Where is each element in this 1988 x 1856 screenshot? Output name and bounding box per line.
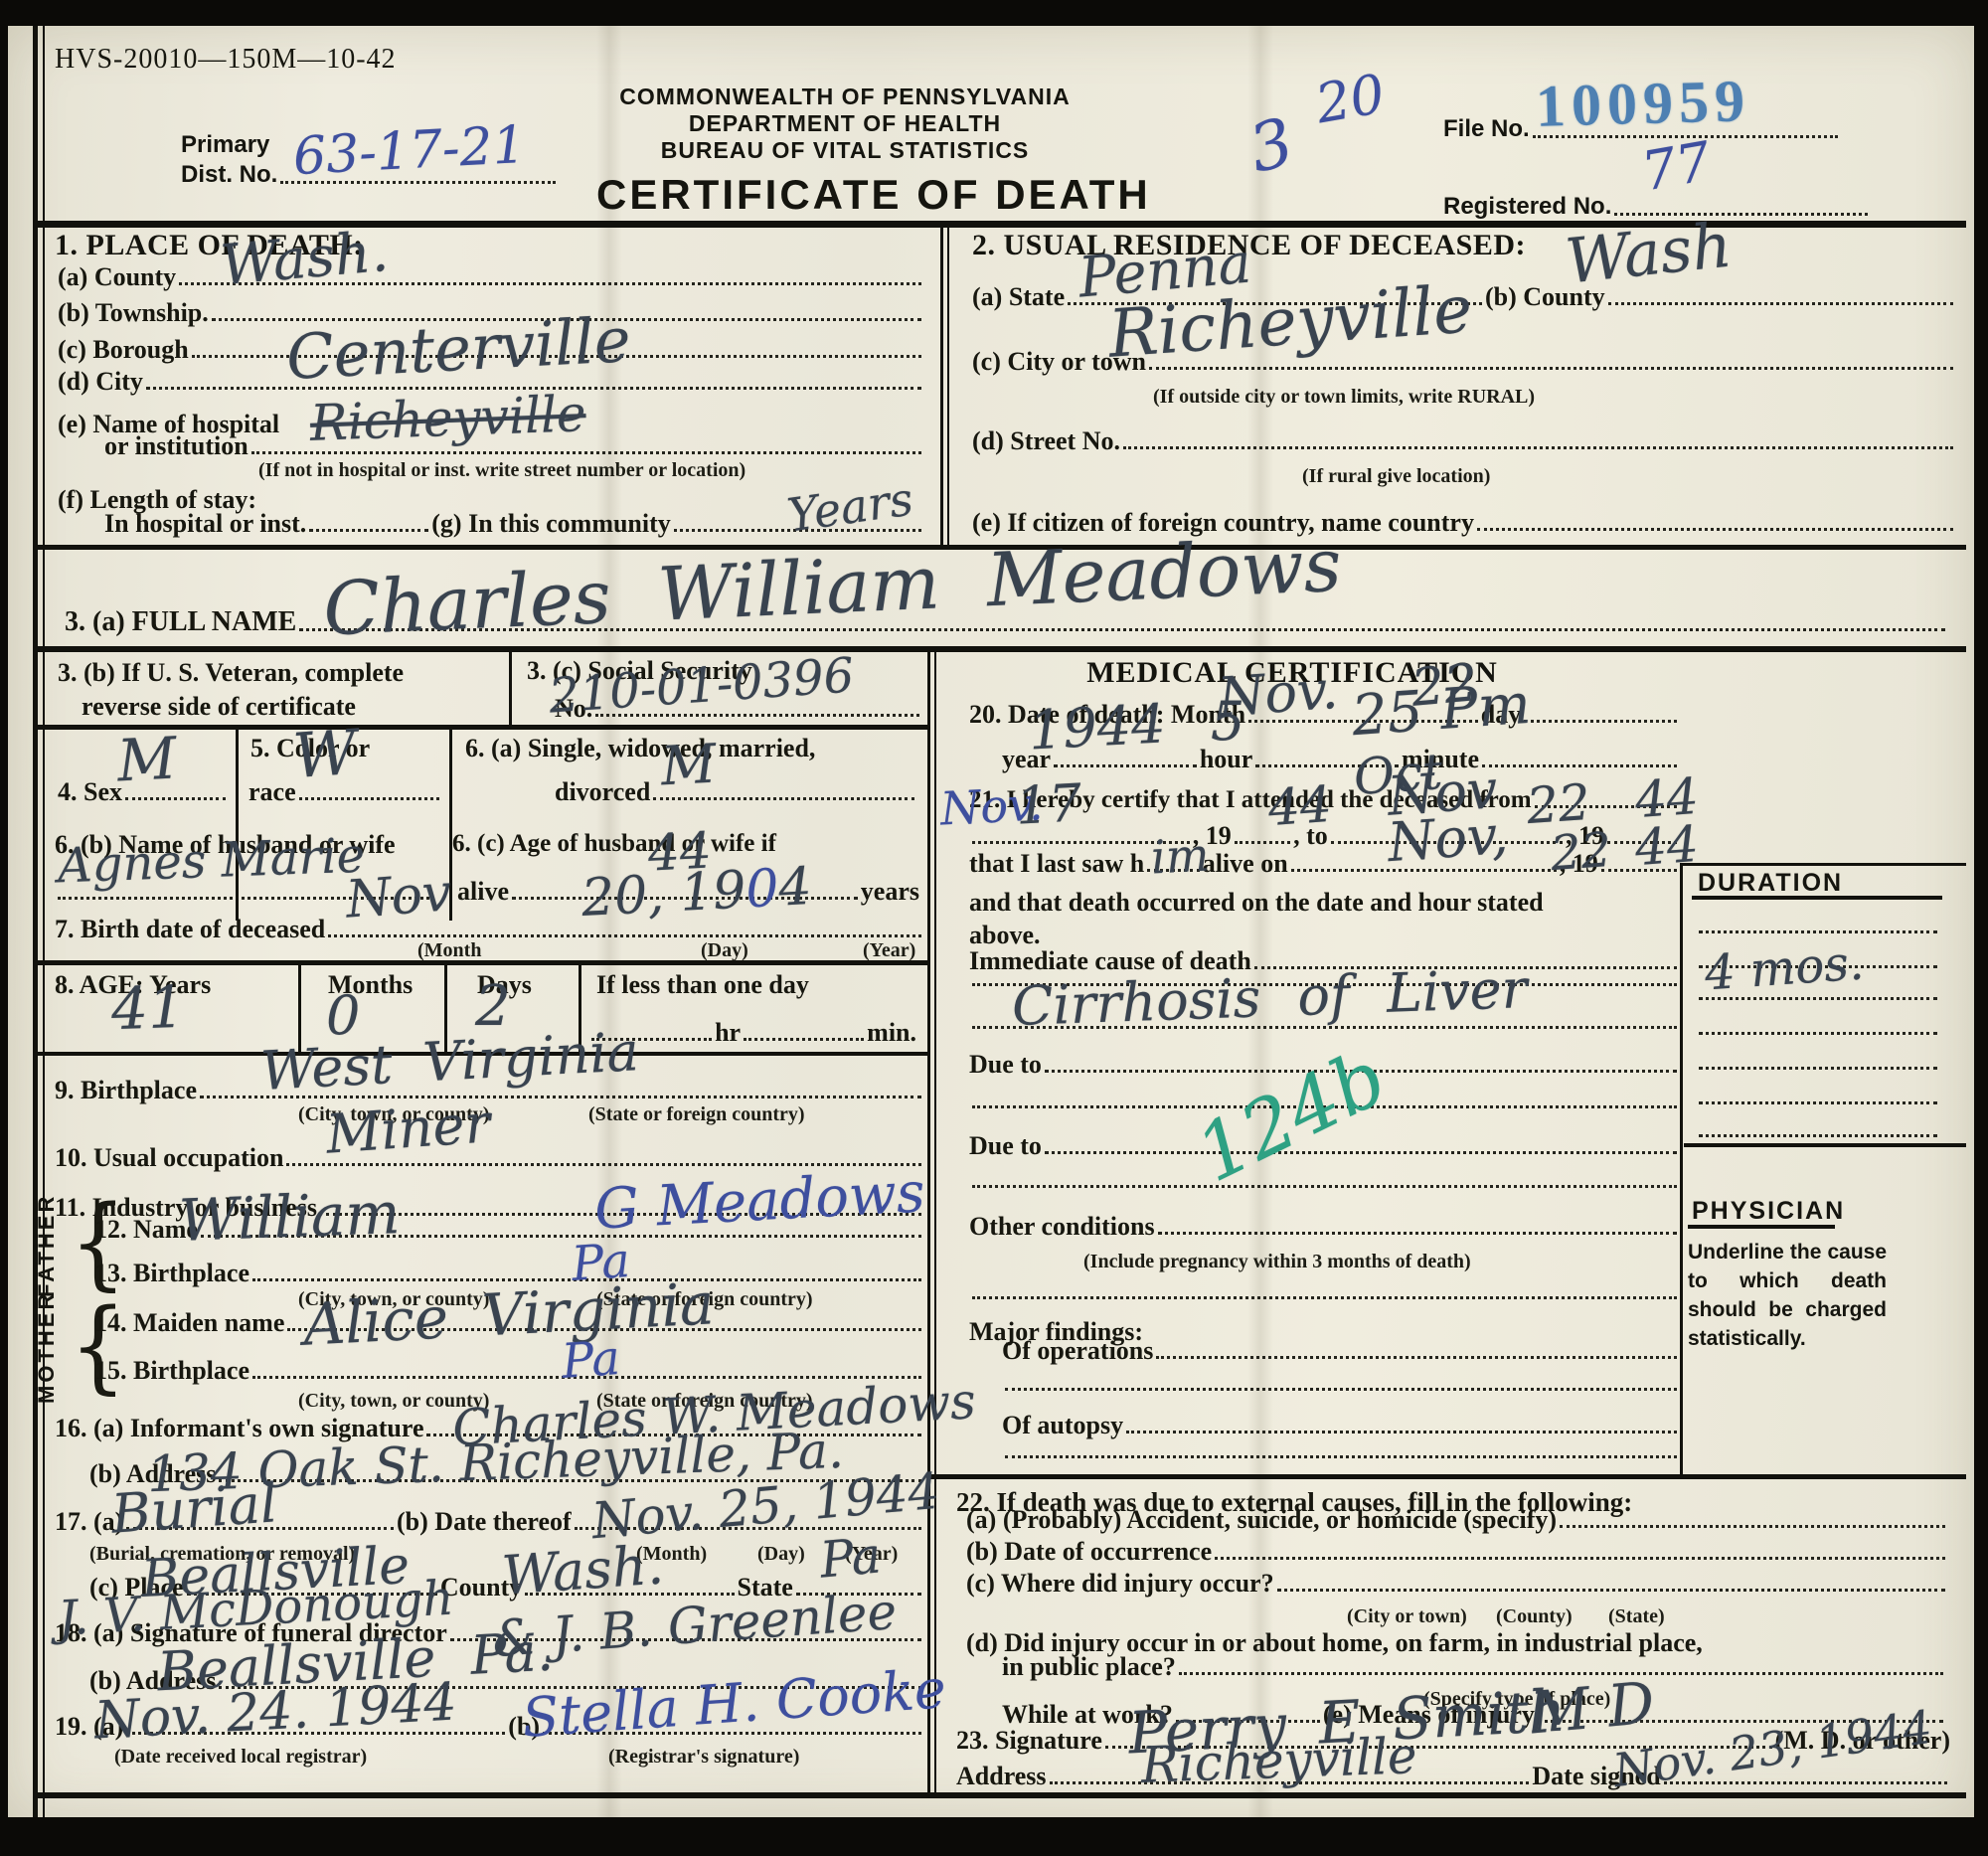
due-fill-line-2 <box>972 1184 1677 1188</box>
place-stay-line <box>309 528 428 532</box>
other-fill-line <box>972 1295 1677 1299</box>
dod-minute-line <box>1482 763 1677 767</box>
external-a-line <box>1560 1524 1945 1528</box>
spouse-age-alive-label: alive <box>457 878 509 905</box>
scribble-20: 20 <box>1311 63 1390 136</box>
duration-box-bottom <box>1684 1143 1966 1147</box>
mother-birthplace-value: Pa <box>560 1330 622 1390</box>
place-township-label: (b) Township. <box>58 299 209 326</box>
external-c-label: (c) Where did injury occur? <box>966 1570 1274 1597</box>
spouse-age-label: 6. (c) Age of husband or wife if <box>452 830 776 858</box>
residence-city-caption: (If outside city or town limits, write R… <box>1153 386 1535 409</box>
other-conditions-line <box>1158 1231 1677 1235</box>
marital-value: M <box>659 733 718 798</box>
sidebar-divider <box>1680 863 1683 1474</box>
autopsy-label: Of autopsy <box>1002 1412 1123 1438</box>
veteran-ssn-divider <box>509 652 512 725</box>
birthdate-cap-day: (Day) <box>701 939 748 962</box>
primary-dist-label-2: Dist. No. <box>181 161 277 189</box>
residence-county-line <box>1608 301 1953 305</box>
birthdate-corrected-digit: 0 <box>745 859 780 921</box>
certify-fromyear-line <box>1235 840 1290 844</box>
physician-address-label: Address <box>956 1763 1047 1789</box>
duration-line-7 <box>1699 1133 1937 1137</box>
place-city-label: (d) City <box>58 368 143 395</box>
sex-value: M <box>115 724 178 794</box>
birthdate-cap-year: (Year) <box>863 939 915 962</box>
operations-label: Of operations <box>1002 1337 1153 1364</box>
sex-label: 4. Sex <box>58 778 122 805</box>
physician-heading: PHYSICIAN <box>1692 1197 1845 1226</box>
page-title: CERTIFICATE OF DEATH <box>596 171 1093 219</box>
external-b-line <box>1215 1556 1945 1560</box>
occurred-text-1: and that death occurred on the date and … <box>969 888 1544 918</box>
registered-no-value: 77 <box>1637 130 1716 204</box>
external-c-cap-2: (County) <box>1496 1605 1573 1628</box>
spouse-age-years-label: years <box>861 878 919 905</box>
main-column-divider-thin <box>934 652 936 1794</box>
residence-foreign-line <box>1477 527 1953 531</box>
duration-value: 4 mos. <box>1703 934 1866 1001</box>
residence-street-label: (d) Street No. <box>972 427 1120 454</box>
birthdate-month-value: Nov <box>344 863 453 929</box>
external-c-cap-1: (City or town) <box>1347 1605 1467 1628</box>
autopsy-fill-line <box>1005 1454 1677 1458</box>
autopsy-line <box>1126 1430 1677 1434</box>
disposition-date-label: (b) Date thereof <box>397 1508 572 1535</box>
dod-day-line <box>1524 719 1677 723</box>
duration-line-1 <box>1699 929 1937 933</box>
birthplace-cap-2: (State or foreign country) <box>588 1103 805 1126</box>
place-community-label: (g) In this community <box>431 510 671 537</box>
file-no-stamp: 100959 <box>1535 67 1751 141</box>
place-city-value-struck: Richeyville <box>309 385 586 452</box>
marital-label-1: 6. (a) Single, widowed, married, <box>465 734 815 763</box>
marital-line <box>653 796 914 800</box>
saw-year-value: 44 <box>1633 815 1701 877</box>
external-d-label-2: in public place? <box>1002 1653 1176 1680</box>
birthdate-value: 20, 1904 <box>580 857 813 928</box>
operations-fill-line <box>1005 1387 1677 1391</box>
external-b-label: (b) Date of occurrence <box>966 1538 1212 1565</box>
birthdate-line <box>328 933 921 937</box>
due-to-line-2 <box>1045 1150 1677 1154</box>
dod-minute-value: 25 Pm <box>1350 672 1533 749</box>
occupation-value: Miner <box>324 1092 492 1165</box>
duration-box-top <box>1680 863 1966 866</box>
physician-sig-md: M D <box>1528 1669 1657 1748</box>
mother-birthplace-label: 15. Birthplace <box>94 1357 249 1384</box>
disposition-state-value: Pa <box>818 1526 884 1589</box>
place-borough-label: (c) Borough <box>58 336 189 363</box>
registrar-date-caption: (Date received local registrar) <box>114 1746 367 1769</box>
place-county-label: (a) County <box>58 263 176 290</box>
place-hospital-caption: (If not in hospital or inst. write stree… <box>258 459 745 482</box>
mother-name-label: 14. Maiden name <box>94 1309 284 1336</box>
sex-race-divider <box>236 730 239 921</box>
org-line-1: COMMONWEALTH OF PENNSYLVANIA <box>596 84 1093 110</box>
external-c-line <box>1277 1588 1945 1592</box>
father-name-value-black: William <box>178 1179 402 1255</box>
age-hr-label: hr <box>715 1019 741 1046</box>
physician-note: Underline the cause to which death shoul… <box>1688 1239 1887 1354</box>
disposition-value: Burial <box>109 1471 279 1545</box>
registered-no-label: Registered No. <box>1443 193 1611 221</box>
age-min-line <box>744 1037 864 1041</box>
due-to-label-2: Due to <box>969 1132 1042 1159</box>
file-no-label: File No. <box>1443 115 1530 143</box>
form-code: HVS-20010—150M—10-42 <box>55 44 397 76</box>
age-min-label: min. <box>867 1019 916 1046</box>
father-birthplace-label: 13. Birthplace <box>94 1260 249 1286</box>
birthdate-year-end: 4 <box>777 857 813 919</box>
birthdate-label: 7. Birth date of deceased <box>55 916 325 942</box>
org-line-2: DEPARTMENT OF HEALTH <box>596 110 1093 137</box>
saw-fill-value: im <box>1150 828 1211 885</box>
occupation-label: 10. Usual occupation <box>55 1144 283 1171</box>
primary-dist-value: 63-17-21 <box>292 115 527 187</box>
duration-heading: DURATION <box>1698 869 1843 898</box>
physician-underline <box>1688 1225 1835 1229</box>
fullname-divider <box>33 646 1966 652</box>
due-to-label-1: Due to <box>969 1051 1042 1078</box>
sex-line <box>125 796 226 800</box>
bottom-rule <box>33 1792 1966 1798</box>
dod-year-line <box>1054 763 1197 767</box>
age-less-label: If less than one day <box>596 970 809 1000</box>
certify-from-day: 17 <box>1014 773 1082 836</box>
external-c-cap-3: (State) <box>1608 1605 1665 1628</box>
left-binding-rule-thin <box>43 26 45 1817</box>
residence-state-label: (a) State <box>972 283 1065 310</box>
birthdate-day-year: 20, 19 <box>580 860 747 928</box>
race-label-2: race <box>248 778 296 805</box>
rule-below-birthdate <box>33 960 930 965</box>
residence-city-line <box>1149 366 1953 370</box>
age-years-value: 41 <box>110 973 186 1044</box>
external-d-line <box>1179 1671 1943 1675</box>
duration-line-4 <box>1699 1031 1937 1035</box>
duration-underline <box>1692 896 1942 900</box>
place-hospital-line <box>251 450 921 454</box>
race-line <box>299 796 439 800</box>
death-certificate-scan: HVS-20010—150M—10-42 Primary Dist. No. 6… <box>0 0 1988 1856</box>
race-value: W <box>291 716 360 792</box>
saw-label-1: that I last saw h <box>969 850 1144 877</box>
org-line-3: BUREAU OF VITAL STATISTICS <box>596 137 1093 164</box>
saw-month-value: Nov, <box>1386 803 1510 874</box>
certify-from-year: 44 <box>1266 775 1334 837</box>
dod-hour-value: 5 <box>1211 690 1244 753</box>
residence-street-caption: (If rural give location) <box>1302 465 1490 488</box>
rule-above-external <box>929 1474 1966 1479</box>
fullname-label: 3. (a) FULL NAME <box>65 607 296 636</box>
registrar-sig-caption: (Registrar's signature) <box>608 1746 799 1769</box>
physician-sig-label: 23. Signature <box>956 1727 1102 1754</box>
other-conditions-caption: (Include pregnancy within 3 months of de… <box>1083 1251 1471 1273</box>
birthplace-label: 9. Birthplace <box>55 1077 197 1103</box>
other-conditions-label: Other conditions <box>969 1213 1155 1240</box>
top-column-divider <box>940 228 943 545</box>
duration-line-6 <box>1699 1100 1937 1104</box>
veteran-label-2: reverse side of certificate <box>82 692 356 722</box>
saw-label-2: alive on <box>1203 850 1288 877</box>
residence-street-line <box>1123 445 1953 449</box>
primary-dist-label-1: Primary <box>181 131 269 159</box>
operations-line <box>1156 1355 1677 1359</box>
external-a-label: (a) (Probably) Accident, suicide, or hom… <box>966 1506 1557 1533</box>
main-column-divider <box>927 652 930 1794</box>
birthdate-cap-month: (Month <box>417 939 481 962</box>
place-stay-inst-label: In hospital or inst. <box>104 510 306 537</box>
top-column-divider-thin <box>947 228 949 545</box>
veteran-label-1: 3. (b) If U. S. Veteran, complete <box>58 658 404 688</box>
duration-line-5 <box>1699 1066 1937 1070</box>
saw-day-value: 22 <box>1549 822 1613 882</box>
marital-label-2: divorced <box>555 778 650 805</box>
left-binding-rule <box>33 26 38 1817</box>
physician-address-value: Richeyville <box>1140 1727 1417 1794</box>
disposition-county-value: Wash. <box>500 1533 666 1606</box>
dod-year-value: 1944 <box>1027 692 1167 761</box>
disposition-cap-day: (Day) <box>757 1543 805 1566</box>
spouse-value: Agnes Marie <box>57 828 366 895</box>
place-hospital-label-2: or institution <box>104 432 248 459</box>
